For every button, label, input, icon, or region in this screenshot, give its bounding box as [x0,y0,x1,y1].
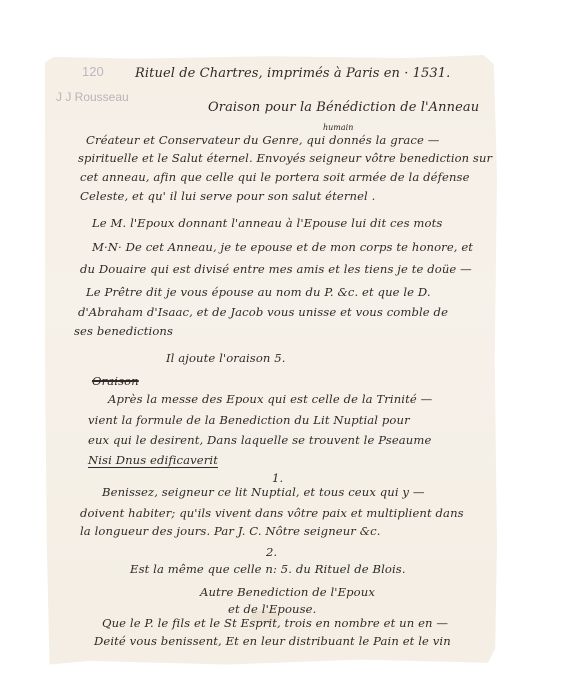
section-title-epoux: Autre Benediction de l'Epoux [200,585,375,599]
text-line: ses benedictions [74,324,173,338]
text-line: Deité vous benissent, Et en leur distrib… [94,634,451,648]
oraison-note: Il ajoute l'oraison 5. [166,351,286,365]
document-heading: Rituel de Chartres, imprimés à Paris en … [135,66,450,81]
struck-heading: Oraison [92,374,139,388]
text-line: d'Abraham d'Isaac, et de Jacob vous unis… [78,305,448,319]
prayer-number: 1. [272,471,283,485]
attribution-note: J J Rousseau [56,90,129,104]
text-line: Celeste, et qu' il lui serve pour son sa… [80,189,375,203]
text-line: vient la formule de la Benediction du Li… [88,413,410,427]
heading-text: Rituel de Chartres, imprimés à Paris en … [135,66,450,81]
prayer-number: 2. [266,545,277,559]
text-line: doivent habiter; qu'ils vivent dans vôtr… [80,506,464,520]
text-line: Est la même que celle n: 5. du Rituel de… [130,562,406,576]
section-title-epouse: et de l'Epouse. [228,602,316,616]
folio-number: 120 [82,64,104,79]
text-line: eux qui le desirent, Dans laquelle se tr… [88,433,431,447]
text-line: Le Prêtre dit je vous épouse au nom du P… [86,285,431,299]
section-title-anneau: Oraison pour la Bénédiction de l'Anneau [208,100,479,115]
underlined-psalm: Nisi Dnus edificaverit [88,453,218,467]
text-line: la longueur des jours. Par J. C. Nôtre s… [80,524,381,538]
text-line: Nisi Dnus edificaverit [88,453,218,467]
text-line: Benissez, seigneur ce lit Nuptial, et to… [102,485,425,499]
text-line: du Douaire qui est divisé entre mes amis… [80,262,472,276]
text-line: Après la messe des Epoux qui est celle d… [108,392,432,406]
text-line: Créateur et Conservateur du Genre, qui d… [86,133,439,147]
text-line: cet anneau, afin que celle qui le porter… [80,170,470,184]
text-line: spirituelle et le Salut éternel. Envoyés… [78,151,492,165]
text-line: Le M. l'Epoux donnant l'anneau à l'Epous… [92,216,442,230]
interlinear-insert: humain [323,123,353,132]
section-title-text: Oraison pour la Bénédiction de l'Anneau [208,100,479,115]
text-line: M·N· De cet Anneau, je te epouse et de m… [92,240,473,254]
text-line: Que le P. le fils et le St Esprit, trois… [102,616,448,630]
